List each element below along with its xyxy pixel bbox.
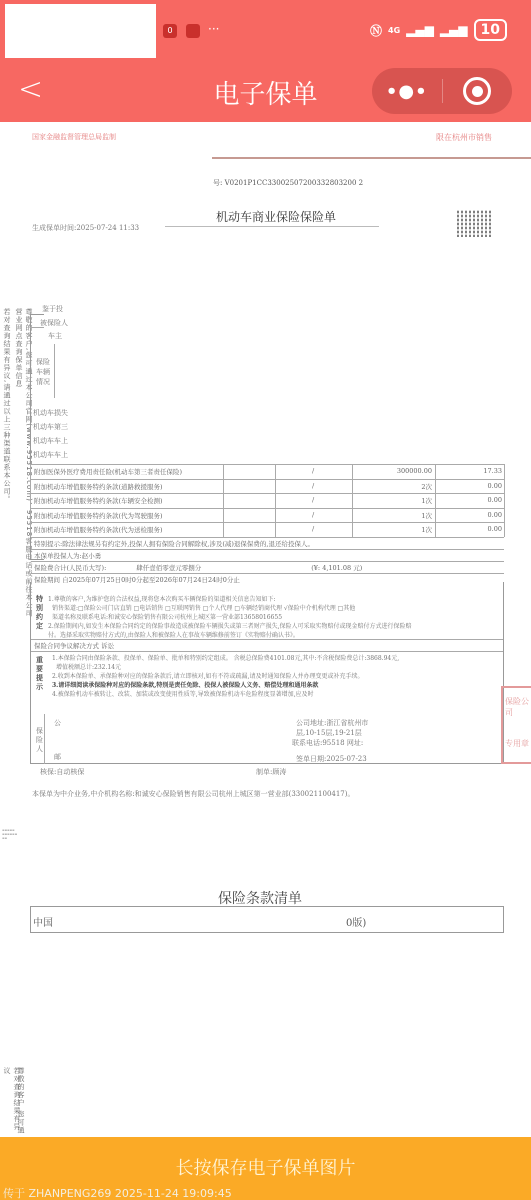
coverage-prefix-3: 机动车车上	[33, 436, 68, 446]
coverage-prefix-4: 机动车车上	[33, 450, 68, 460]
row-insured: 被保险人	[40, 318, 68, 328]
special-notice: 特别提示:除法律法规另有约定外,投保人拥有保险合同解除权,涉及(减)退保保费的,…	[31, 537, 504, 549]
clause-row-left: 中国	[33, 914, 53, 929]
system-indicators: Ⓝ 4G ▂▄▆ ▂▄▆ 10	[370, 19, 507, 41]
premium-total: 保险费合计(人民币大写): 肆仟壹佰零壹元零捌分 (¥: 4,101.08 元)	[31, 561, 504, 573]
signal-icon-2: ▂▄▆	[440, 23, 468, 37]
insurer-label: 保险人	[36, 727, 44, 754]
signal-icon: ▂▄▆	[406, 23, 434, 37]
qr-code	[457, 210, 492, 237]
preface: 鉴于投	[42, 304, 63, 314]
postal-prefix: 邮	[54, 752, 61, 762]
header-left: 国家金融监督管理总局监制	[32, 132, 116, 142]
agency-note: 本保单为中介业务,中介机构名称:和诚安心保险销售有限公司杭州上城区第一营业部(3…	[32, 789, 355, 799]
coverage-amount: 300000.00	[397, 467, 432, 475]
coverage-row: 附加机动车增值服务特约条款(道路救援服务)	[31, 479, 504, 494]
coverage-deductible: /	[312, 482, 314, 490]
company-floor: 层,10-15层,19-21层	[296, 728, 362, 738]
generated-time: 生成保单时间:2025-07-24 11:33	[32, 223, 139, 233]
column-divider	[30, 464, 31, 537]
coverage-amount: 1次	[421, 525, 432, 534]
column-divider	[223, 464, 224, 537]
coverage-prefix-2: 机动车第三	[33, 422, 68, 432]
nfc-icon: Ⓝ	[370, 22, 382, 39]
company-address: 公司地址:浙江省杭州市	[296, 718, 368, 728]
coverage-row: 附加机动车增值服务特约条款(代为驾驶服务)	[31, 508, 504, 523]
policy-document-image: 国家金融监督管理总局监制 限在杭州市销售 号: V0201P1CC3300250…	[0, 122, 531, 1137]
coverage-amount: 1次	[421, 496, 432, 505]
coverage-deductible: /	[312, 511, 314, 519]
save-hint: 长按保存电子保单图片	[0, 1154, 531, 1180]
coverage-premium: 17.33	[483, 467, 502, 475]
divider	[30, 327, 44, 328]
save-footer[interactable]: 长按保存电子保单图片 传于 ZHANPENG269 2025-11-24 19:…	[0, 1137, 531, 1200]
coverage-prefix-1: 机动车损失	[33, 408, 68, 418]
redacted-area	[5, 4, 156, 58]
message-notification-icon	[186, 24, 200, 38]
small-print: ≡≡≡≡≡≡≡≡≡≡≡≡≡	[2, 828, 17, 840]
row-vehicle: 保险车辆情况	[36, 357, 54, 387]
issue-date: 签单日期:2025-07-23	[296, 754, 367, 764]
coverage-premium: 0.00	[488, 511, 502, 519]
contact: 联系电话:95518 网址:	[292, 738, 363, 748]
coverage-deductible: /	[312, 525, 314, 533]
close-mini-program-button[interactable]	[443, 77, 513, 105]
header-right: 限在杭州市销售	[436, 132, 492, 143]
company-prefix: 公	[54, 718, 61, 728]
clause-row-right: 0版)	[346, 914, 366, 929]
mini-program-capsule: •●•	[372, 68, 512, 114]
divider	[44, 714, 45, 764]
column-divider	[275, 464, 276, 537]
row-owner: 车主	[48, 331, 62, 341]
battery-icon: 10	[474, 19, 507, 41]
nav-bar: < 电子保单 •●•	[0, 62, 531, 122]
side-notice-2: 若对查询结果有异议,请通过以上三种渠道联系本公司。	[2, 308, 12, 608]
coverage-row: 附加机动车增值服务特约条款(代为送检服务)	[31, 522, 504, 537]
column-divider	[435, 464, 436, 537]
divider	[54, 344, 55, 398]
more-dots-icon: •●•	[386, 81, 428, 102]
premium-words: 肆仟壹佰零壹元零捌分	[136, 563, 201, 572]
clause-row	[30, 906, 504, 933]
coverage-deductible: /	[312, 496, 314, 504]
coverage-amount: 2次	[421, 482, 432, 491]
clause-list-title: 保险条款清单	[218, 888, 302, 908]
issuer: 制单:顾涛	[256, 767, 286, 777]
title-rule	[165, 226, 379, 227]
policy-title: 机动车商业保险保险单	[216, 208, 336, 225]
header-rule	[212, 157, 531, 159]
coverage-row: 附加医保外医疗费用责任险(机动车第三者责任保险)	[31, 464, 504, 479]
network-type: 4G	[388, 26, 400, 35]
coverage-amount: 1次	[421, 511, 432, 520]
underwriter: 核保:自动核保	[40, 767, 84, 777]
notification-badge-icon: 0	[163, 24, 177, 38]
policy-holder: 本保单投保人为:赵小勇	[31, 549, 504, 561]
premium-number: (¥: 4,101.08 元)	[311, 563, 362, 572]
more-button[interactable]: •●•	[372, 81, 442, 102]
coverage-deductible: /	[312, 467, 314, 475]
official-stamp: 保险公司 专用章	[501, 686, 531, 764]
lower-box	[30, 582, 504, 764]
more-notifications-icon: ···	[208, 22, 219, 36]
coverage-premium: 0.00	[488, 482, 502, 490]
watermark: 传于 ZHANPENG269 2025-11-24 19:09:45	[3, 1185, 232, 1200]
coverage-row: 附加机动车增值服务特约条款(车辆安全检测)	[31, 493, 504, 508]
side-notice-3: 尊敬的客户,您可通	[16, 1067, 26, 1137]
column-divider	[504, 464, 505, 537]
column-divider	[352, 464, 353, 537]
coverage-premium: 0.00	[488, 496, 502, 504]
target-circle-icon	[463, 77, 491, 105]
status-bar: 0 ··· Ⓝ 4G ▂▄▆ ▂▄▆ 10	[0, 0, 531, 62]
coverage-premium: 0.00	[488, 525, 502, 533]
policy-number: 号: V0201P1CC33002507200332803200 2	[213, 178, 363, 188]
